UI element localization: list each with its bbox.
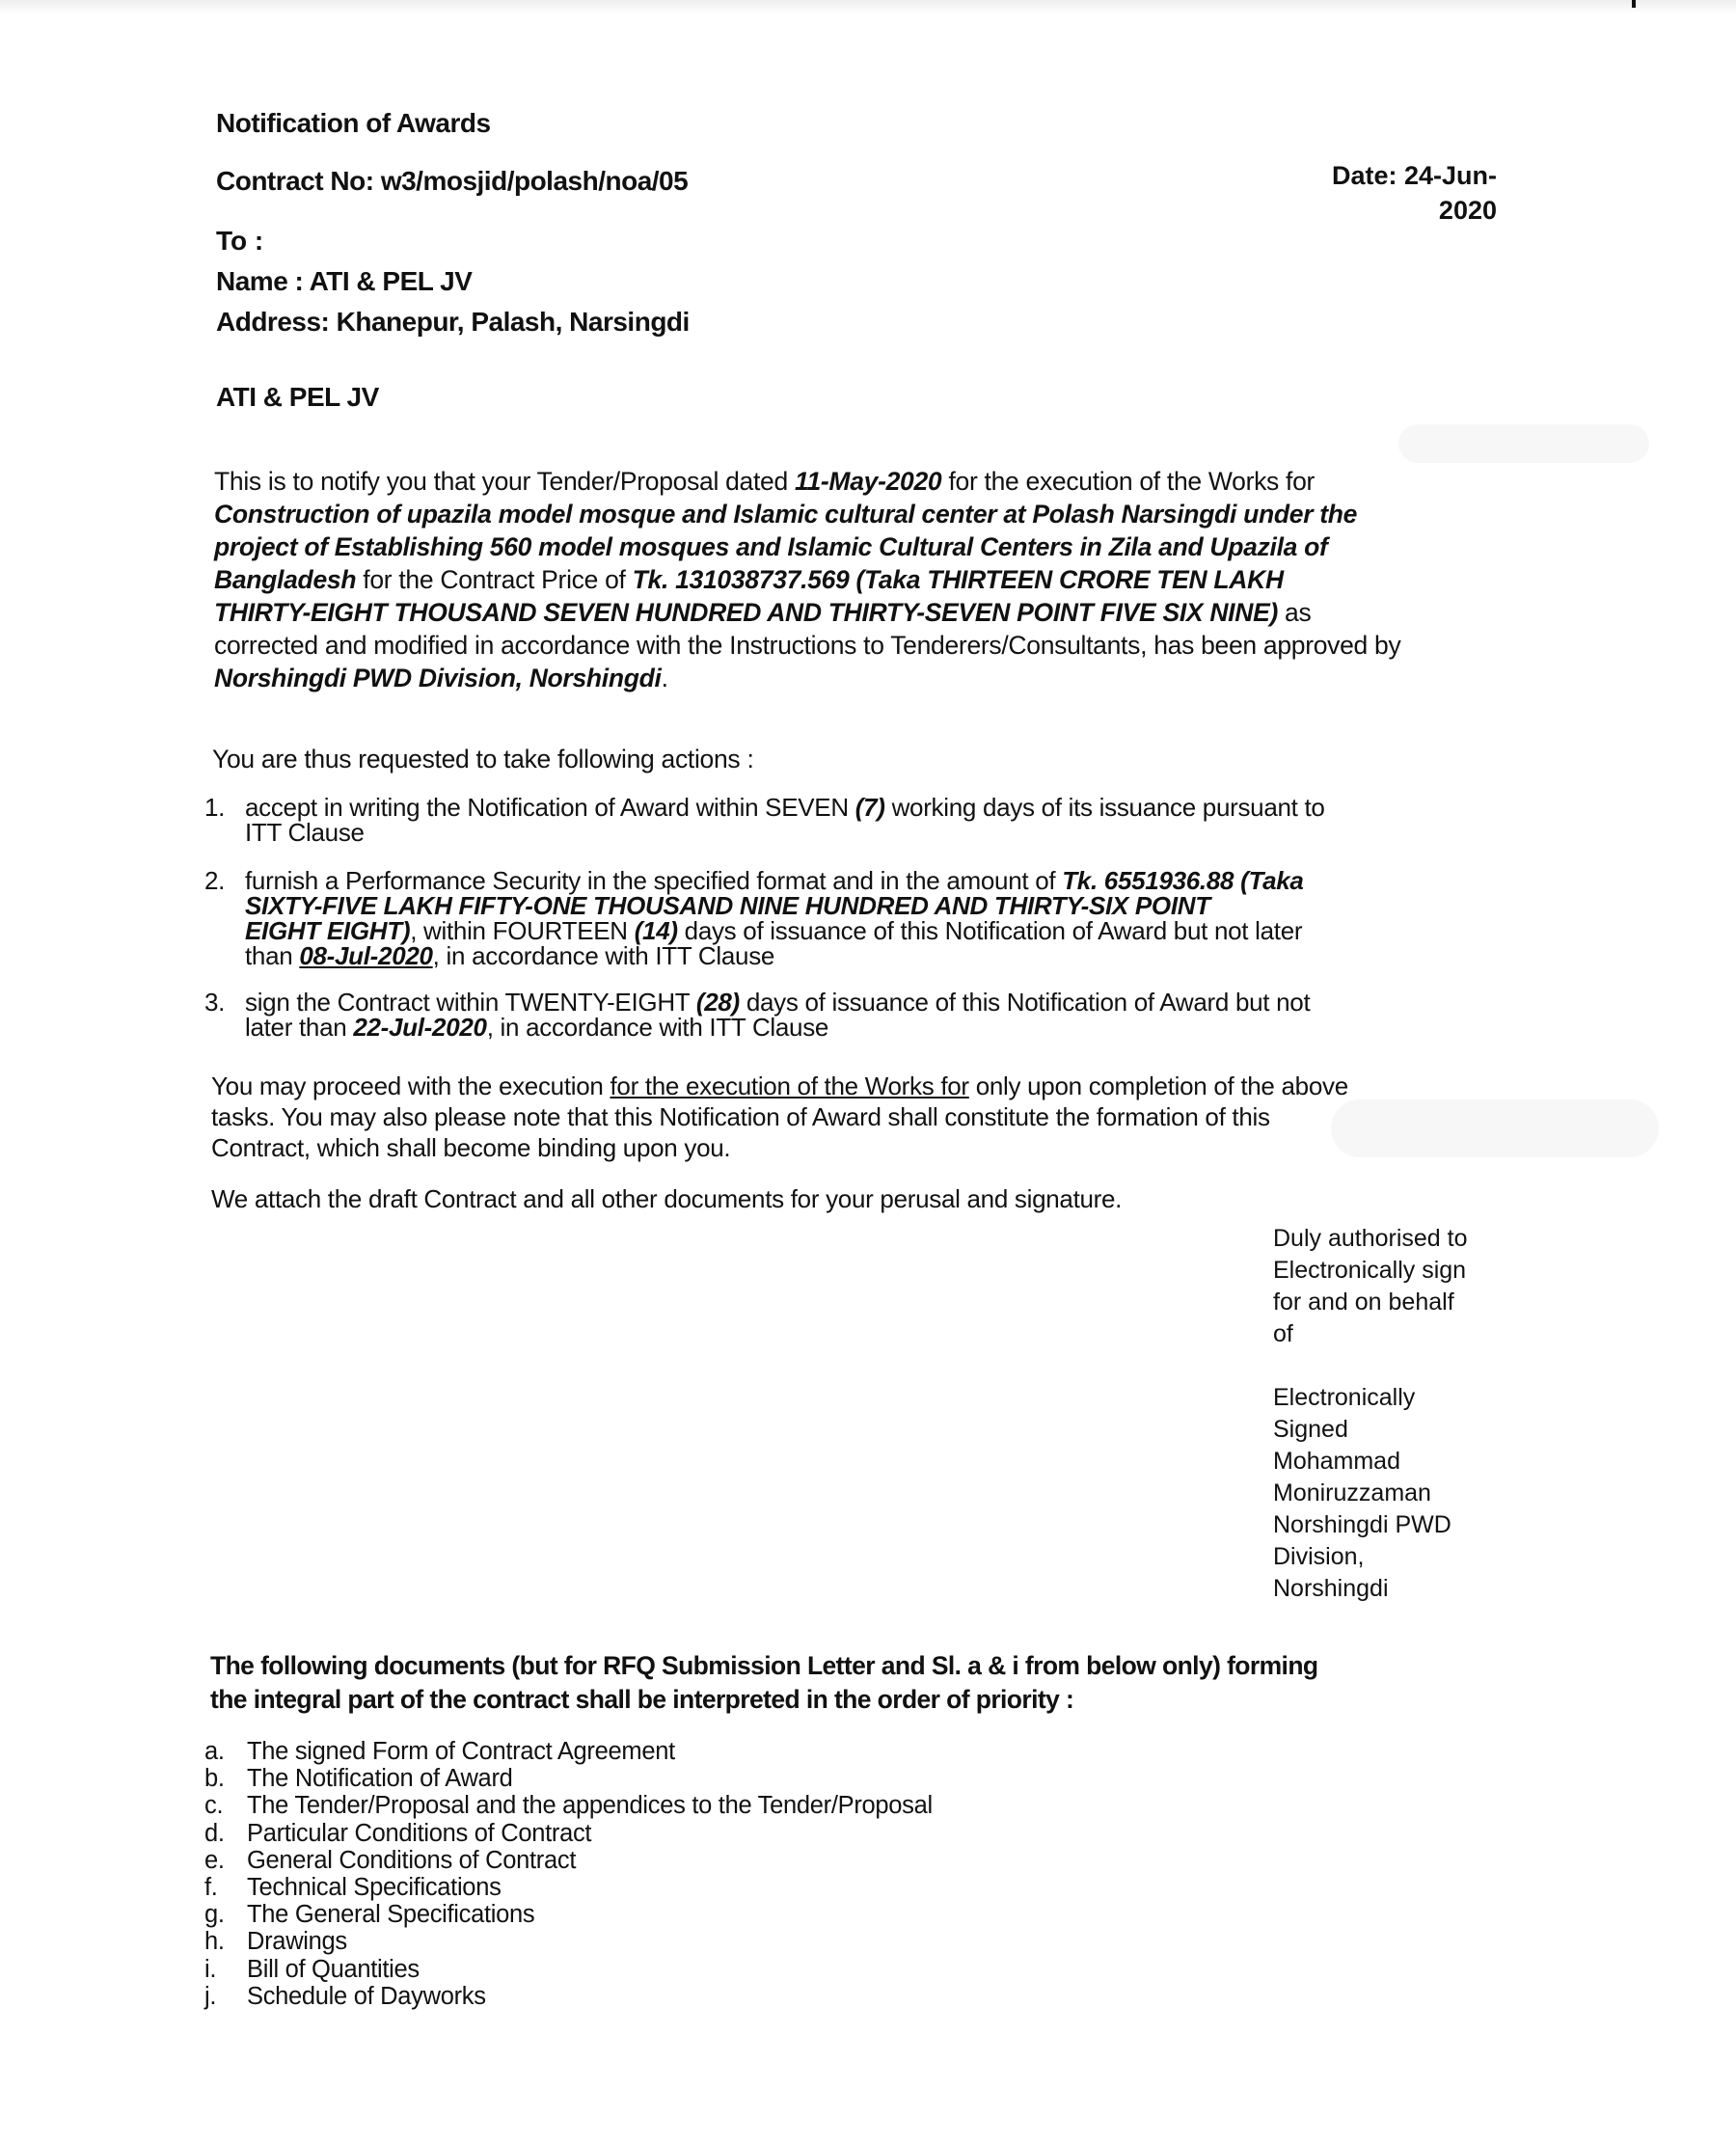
signature-line: Signed xyxy=(1273,1414,1524,1446)
signatory-office: Norshingdi PWD xyxy=(1273,1509,1524,1541)
contract-document-item: j.Schedule of Dayworks xyxy=(204,1983,933,2010)
text: later than xyxy=(245,1013,353,1042)
award-paragraph-line: This is to notify you that your Tender/P… xyxy=(214,465,1506,498)
item-text: The General Specifications xyxy=(247,1901,534,1928)
item-letter: b. xyxy=(204,1765,247,1792)
to-label: To : xyxy=(216,226,263,257)
heading-line: The following documents (but for RFQ Sub… xyxy=(210,1649,1522,1683)
item-letter: d. xyxy=(204,1820,247,1847)
contract-document-item: c.The Tender/Proposal and the appendices… xyxy=(204,1792,933,1819)
item-text: Technical Specifications xyxy=(247,1874,502,1901)
attachment-note: We attach the draft Contract and all oth… xyxy=(211,1184,1122,1214)
text: You may proceed with the execution xyxy=(211,1071,610,1100)
heading-line: the integral part of the contract shall … xyxy=(210,1683,1522,1717)
days-count: (7) xyxy=(855,793,885,822)
contract-documents-list: a.The signed Form of Contract Agreementb… xyxy=(204,1738,933,2010)
paragraph-line: You may proceed with the execution for t… xyxy=(211,1071,1504,1101)
document-date: Date: 24-Jun- 2020 xyxy=(1292,158,1497,228)
text: only upon completion of the above xyxy=(969,1071,1348,1100)
item-letter: h. xyxy=(204,1928,247,1955)
action-line: accept in writing the Notification of Aw… xyxy=(245,795,1518,820)
item-letter: g. xyxy=(204,1901,247,1928)
date-year: 2020 xyxy=(1439,196,1497,225)
action-line: sign the Contract within TWENTY-EIGHT (2… xyxy=(245,990,1518,1015)
contract-document-item: g.The General Specifications xyxy=(204,1901,933,1928)
deadline-date: 08-Jul-2020 xyxy=(299,941,432,970)
recipient-name: Name : ATI & PEL JV xyxy=(216,266,472,297)
action-number: 2. xyxy=(204,868,225,893)
text: as xyxy=(1278,598,1311,627)
contract-price-words: THIRTY-EIGHT THOUSAND SEVEN HUNDRED AND … xyxy=(214,598,1278,627)
signatory-name: Moniruzzaman xyxy=(1273,1478,1524,1509)
signatory-office: Division, xyxy=(1273,1541,1524,1573)
tender-date: 11-May-2020 xyxy=(795,467,941,496)
text: , in accordance with ITT Clause xyxy=(487,1013,828,1042)
item-letter: e. xyxy=(204,1847,247,1874)
action-line: EIGHT EIGHT), within FOURTEEN (14) days … xyxy=(245,918,1518,943)
award-paragraph-line: corrected and modified in accordance wit… xyxy=(214,629,1506,662)
award-paragraph-line: Bangladesh for the Contract Price of Tk.… xyxy=(214,563,1506,596)
country: Bangladesh xyxy=(214,565,356,594)
date-label: Date: 24-Jun- xyxy=(1332,161,1497,190)
approving-authority: Norshingdi PWD Division, Norshingdi xyxy=(214,664,662,692)
performance-security-words: SIXTY-FIVE LAKH FIFTY-ONE THOUSAND NINE … xyxy=(245,893,1518,918)
item-text: Particular Conditions of Contract xyxy=(247,1820,591,1847)
action-line: furnish a Performance Security in the sp… xyxy=(245,868,1518,893)
contract-document-item: a.The signed Form of Contract Agreement xyxy=(204,1738,933,1765)
item-text: The Notification of Award xyxy=(247,1765,513,1792)
works-description-line: Construction of upazila model mosque and… xyxy=(214,498,1506,530)
text: , in accordance with ITT Clause xyxy=(433,941,774,970)
text: for the execution of the Works for xyxy=(941,467,1315,496)
deadline-date: 22-Jul-2020 xyxy=(353,1013,486,1042)
works-description-line: project of Establishing 560 model mosque… xyxy=(214,530,1506,563)
signatory-name: Mohammad xyxy=(1273,1446,1524,1478)
action-number: 3. xyxy=(204,990,225,1015)
documents-heading: The following documents (but for RFQ Sub… xyxy=(210,1649,1522,1717)
signature-line: Electronically sign xyxy=(1273,1255,1524,1287)
contract-document-item: e.General Conditions of Contract xyxy=(204,1847,933,1874)
scan-corner-mark xyxy=(1632,0,1636,8)
action-line: ITT Clause xyxy=(245,820,1518,845)
item-text: General Conditions of Contract xyxy=(247,1847,576,1874)
item-letter: f. xyxy=(204,1874,247,1901)
signature-line: Electronically xyxy=(1273,1382,1524,1414)
contract-document-item: d.Particular Conditions of Contract xyxy=(204,1820,933,1847)
item-text: Bill of Quantities xyxy=(247,1956,420,1983)
underlined-text: for the execution of the Works for xyxy=(610,1071,968,1100)
award-paragraph: This is to notify you that your Tender/P… xyxy=(214,465,1506,694)
text: This is to notify you that your Tender/P… xyxy=(214,467,795,496)
action-line: later than 22-Jul-2020, in accordance wi… xyxy=(245,1015,1518,1040)
award-paragraph-line: THIRTY-EIGHT THOUSAND SEVEN HUNDRED AND … xyxy=(214,596,1506,629)
action-line: than 08-Jul-2020, in accordance with ITT… xyxy=(245,943,1518,968)
contract-document-item: f.Technical Specifications xyxy=(204,1874,933,1901)
signature-line: for and on behalf xyxy=(1273,1287,1524,1318)
contract-number: Contract No: w3/mosjid/polash/noa/05 xyxy=(216,166,688,197)
actions-intro: You are thus requested to take following… xyxy=(212,745,754,774)
document-title: Notification of Awards xyxy=(216,108,491,139)
award-paragraph-line: Norshingdi PWD Division, Norshingdi. xyxy=(214,662,1506,694)
item-text: The Tender/Proposal and the appendices t… xyxy=(247,1792,933,1819)
text: . xyxy=(662,664,668,692)
action-number: 1. xyxy=(204,795,225,820)
text: for the Contract Price of xyxy=(356,565,632,594)
contract-document-item: b.The Notification of Award xyxy=(204,1765,933,1792)
item-text: Drawings xyxy=(247,1928,347,1955)
proceed-paragraph: You may proceed with the execution for t… xyxy=(211,1071,1504,1163)
scan-smudge xyxy=(1398,424,1649,463)
recipient-heading: ATI & PEL JV xyxy=(216,382,379,413)
item-text: The signed Form of Contract Agreement xyxy=(247,1738,675,1765)
item-letter: j. xyxy=(204,1983,247,2010)
text: than xyxy=(245,941,299,970)
contract-document-item: i.Bill of Quantities xyxy=(204,1956,933,1983)
recipient-address: Address: Khanepur, Palash, Narsingdi xyxy=(216,307,690,338)
item-text: Schedule of Dayworks xyxy=(247,1983,486,2010)
signature-block: Duly authorised to Electronically sign f… xyxy=(1273,1223,1524,1605)
scan-edge-shadow xyxy=(0,0,1736,14)
text: working days of its issuance pursuant to xyxy=(885,793,1325,822)
paragraph-line: Contract, which shall become binding upo… xyxy=(211,1132,1504,1163)
signature-line: Duly authorised to xyxy=(1273,1223,1524,1255)
signature-line: of xyxy=(1273,1318,1524,1350)
signatory-office: Norshingdi xyxy=(1273,1573,1524,1605)
item-letter: i. xyxy=(204,1956,247,1983)
item-letter: c. xyxy=(204,1792,247,1819)
contract-price: Tk. 131038737.569 (Taka THIRTEEN CRORE T… xyxy=(633,565,1284,594)
item-letter: a. xyxy=(204,1738,247,1765)
paragraph-line: tasks. You may also please note that thi… xyxy=(211,1101,1504,1132)
contract-document-item: h.Drawings xyxy=(204,1928,933,1955)
